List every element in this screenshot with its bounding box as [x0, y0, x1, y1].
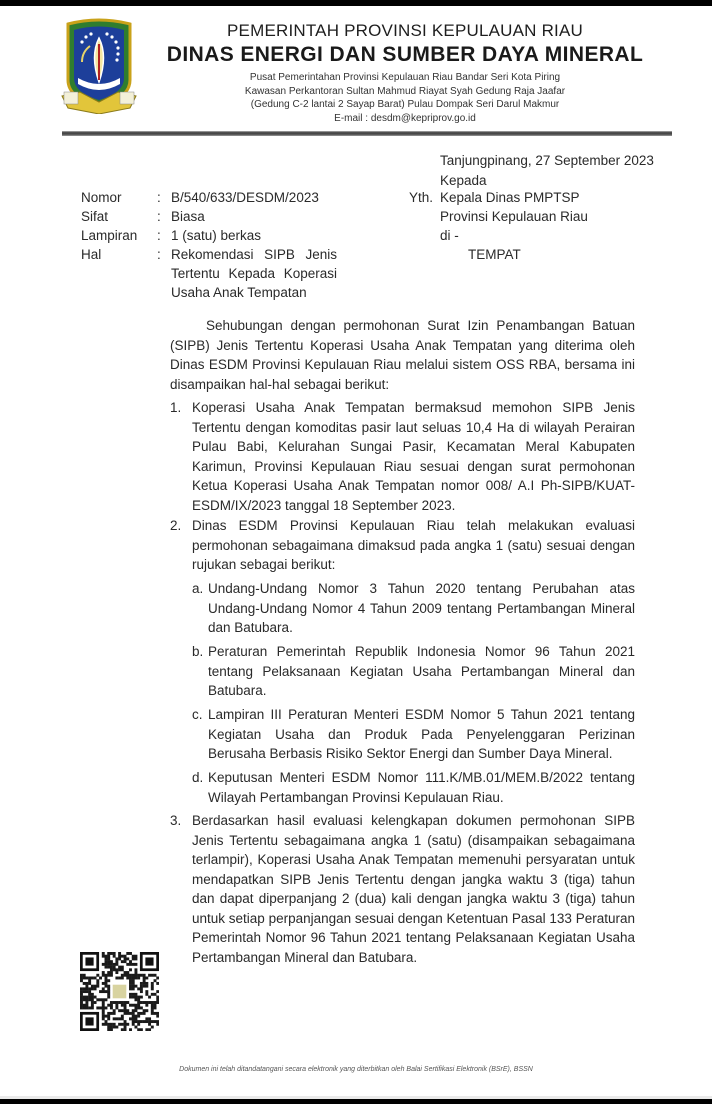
meta-label: Lampiran	[81, 226, 157, 245]
meta-colon: :	[157, 188, 171, 207]
reference-letter: d.	[192, 768, 208, 807]
item-text: Dinas ESDM Provinsi Kepulauan Riau telah…	[192, 516, 635, 575]
list-item: 2. Dinas ESDM Provinsi Kepulauan Riau te…	[170, 516, 635, 575]
reference-item: c. Lampiran III Peraturan Menteri ESDM N…	[192, 705, 635, 764]
meta-value: 1 (satu) berkas	[171, 226, 346, 245]
list-item: 1. Koperasi Usaha Anak Tempatan bermaksu…	[170, 398, 635, 515]
date-line: Tanjungpinang, 27 September 2023	[440, 151, 654, 171]
reference-letter: c.	[192, 705, 208, 764]
reference-text: Keputusan Menteri ESDM Nomor 111.K/MB.01…	[208, 768, 635, 807]
address-line: Kawasan Perkantoran Sultan Mahmud Riayat…	[150, 85, 660, 99]
meta-colon: :	[157, 207, 171, 226]
intro-paragraph: Sehubungan dengan permohonan Surat Izin …	[170, 316, 635, 394]
meta-row-sifat: Sifat : Biasa	[81, 207, 346, 226]
recipient-line: di -	[440, 226, 588, 245]
recipient-prefix: Yth.	[409, 188, 440, 264]
item-number: 2.	[170, 516, 192, 575]
meta-row-lampiran: Lampiran : 1 (satu) berkas	[81, 226, 346, 245]
meta-label: Hal	[81, 245, 157, 302]
meta-row-hal: Hal : Rekomendasi SIPB Jenis Tertentu Ke…	[81, 245, 346, 302]
letterhead: PEMERINTAH PROVINSI KEPULAUAN RIAU DINAS…	[150, 20, 660, 125]
meta-colon: :	[157, 226, 171, 245]
office-address: Pusat Pemerintahan Provinsi Kepulauan Ri…	[150, 71, 660, 125]
reference-item: d. Keputusan Menteri ESDM Nomor 111.K/MB…	[192, 768, 635, 807]
meta-value: Biasa	[171, 207, 346, 226]
recipient-line: Provinsi Kepulauan Riau	[440, 207, 588, 226]
list-item: 3. Berdasarkan hasil evaluasi kelengkapa…	[170, 811, 635, 967]
meta-label: Nomor	[81, 188, 157, 207]
item-number: 1.	[170, 398, 192, 515]
bottom-black-bar	[0, 1099, 712, 1104]
department-name: DINAS ENERGI DAN SUMBER DAYA MINERAL	[150, 42, 660, 68]
reference-item: b. Peraturan Pemerintah Republik Indones…	[192, 642, 635, 701]
e-signature-note: Dokumen ini telah ditandatangani secara …	[0, 1066, 712, 1073]
reference-item: a. Undang-Undang Nomor 3 Tahun 2020 tent…	[192, 579, 635, 638]
top-black-bar	[0, 0, 712, 6]
recipient-block: Yth. Kepala Dinas PMPTSP Provinsi Kepula…	[409, 188, 588, 264]
meta-label: Sifat	[81, 207, 157, 226]
address-line: Pusat Pemerintahan Provinsi Kepulauan Ri…	[150, 71, 660, 85]
reference-text: Undang-Undang Nomor 3 Tahun 2020 tentang…	[208, 579, 635, 638]
meta-colon: :	[157, 245, 171, 302]
recipient-line: Kepala Dinas PMPTSP	[440, 188, 588, 207]
letterhead-divider	[62, 131, 672, 136]
item-number: 3.	[170, 811, 192, 967]
reference-letter: b.	[192, 642, 208, 701]
item-text: Berdasarkan hasil evaluasi kelengkapan d…	[192, 811, 635, 967]
reference-letter: a.	[192, 579, 208, 638]
qr-code-signature-icon	[80, 952, 159, 1031]
provincial-coat-of-arms-icon	[60, 18, 138, 114]
reference-text: Lampiran III Peraturan Menteri ESDM Nomo…	[208, 705, 635, 764]
item-text: Koperasi Usaha Anak Tempatan bermaksud m…	[192, 398, 635, 515]
meta-value: Rekomendasi SIPB Jenis Tertentu Kepada K…	[171, 245, 337, 302]
meta-value: B/540/633/DESDM/2023	[171, 188, 346, 207]
date-block: Tanjungpinang, 27 September 2023 Kepada	[440, 151, 654, 190]
reference-text: Peraturan Pemerintah Republik Indonesia …	[208, 642, 635, 701]
letter-meta: Nomor : B/540/633/DESDM/2023 Sifat : Bia…	[81, 188, 346, 302]
meta-row-nomor: Nomor : B/540/633/DESDM/2023	[81, 188, 346, 207]
address-line: (Gedung C-2 lantai 2 Sayap Barat) Pulau …	[150, 98, 660, 112]
email-line: E-mail : desdm@kepriprov.go.id	[150, 112, 660, 126]
government-name: PEMERINTAH PROVINSI KEPULAUAN RIAU	[150, 20, 660, 42]
recipient-place: TEMPAT	[440, 245, 588, 264]
